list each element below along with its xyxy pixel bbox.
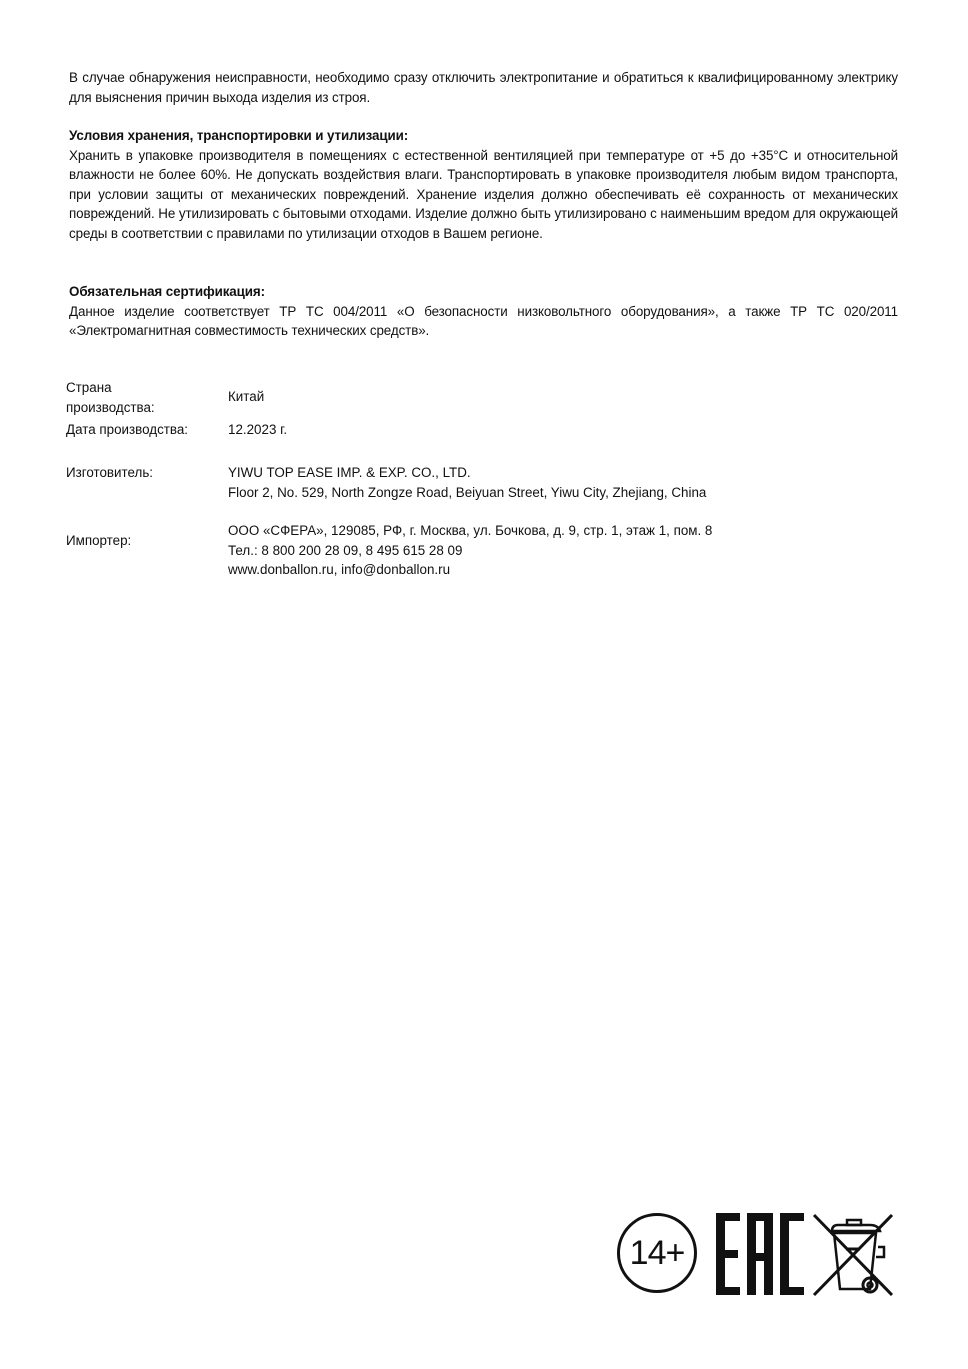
fault-paragraph: В случае обнаружения неисправности, необ… xyxy=(69,68,898,107)
importer-address: ООО «СФЕРА», 129085, РФ, г. Москва, ул. … xyxy=(228,521,908,541)
manufacturer-label: Изготовитель: xyxy=(66,463,216,483)
certification-heading: Обязательная сертификация: xyxy=(69,282,898,302)
importer-value: ООО «СФЕРА», 129085, РФ, г. Москва, ул. … xyxy=(228,521,908,580)
certification-logos: 14+ xyxy=(614,1208,899,1300)
manufacturer-name: YIWU TOP EASE IMP. & EXP. CO., LTD. xyxy=(228,463,908,483)
importer-label: Импортер: xyxy=(66,531,216,551)
eac-mark-icon xyxy=(716,1213,804,1295)
age-rating-icon: 14+ xyxy=(617,1213,697,1293)
storage-heading: Условия хранения, транспортировки и утил… xyxy=(69,126,898,146)
certification-text: Данное изделие соответствует ТР ТС 004/2… xyxy=(69,304,898,339)
date-value: 12.2023 г. xyxy=(228,420,908,440)
importer-phone: Тел.: 8 800 200 28 09, 8 495 615 28 09 xyxy=(228,541,908,561)
storage-section: Условия хранения, транспортировки и утил… xyxy=(69,126,898,243)
crossed-out-bin-icon xyxy=(810,1211,896,1297)
date-label: Дата производства: xyxy=(66,420,216,440)
country-value: Китай xyxy=(228,387,908,407)
manufacturer-value: YIWU TOP EASE IMP. & EXP. CO., LTD. Floo… xyxy=(228,463,908,502)
document-page: В случае обнаружения неисправности, необ… xyxy=(0,0,968,1369)
country-label: Страна производства: xyxy=(66,378,176,417)
importer-web: www.donballon.ru, info@donballon.ru xyxy=(228,560,908,580)
manufacturer-address: Floor 2, No. 529, North Zongze Road, Bei… xyxy=(228,483,908,503)
certification-section: Обязательная сертификация: Данное издели… xyxy=(69,282,898,341)
storage-text: Хранить в упаковке производителя в помещ… xyxy=(69,148,898,241)
